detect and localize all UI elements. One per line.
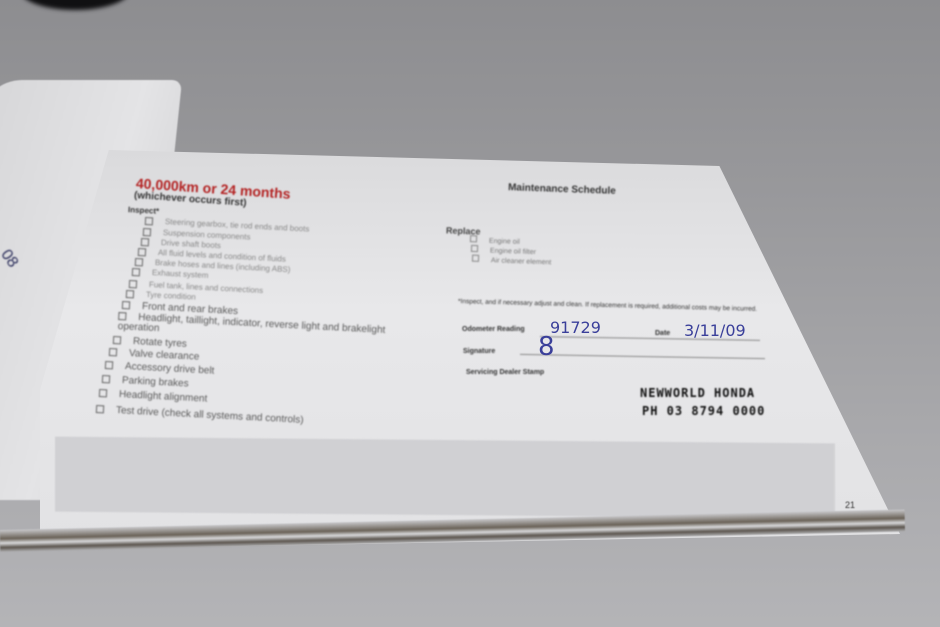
- inspect-item-label: Accessory drive belt: [125, 361, 215, 377]
- checkbox-icon: [471, 245, 478, 252]
- checkbox-icon: [105, 361, 113, 369]
- checkbox-icon: [138, 248, 146, 256]
- inspection-note: *Inspect, and if necessary adjust and cl…: [458, 298, 758, 314]
- signature-value: 8: [538, 332, 555, 362]
- odometer-value: 91729: [550, 318, 601, 337]
- checkbox-icon: [129, 280, 137, 288]
- inspect-item: Test drive (check all systems and contro…: [96, 404, 304, 426]
- checkbox-icon: [135, 258, 143, 266]
- checkbox-icon: [472, 255, 479, 262]
- checkbox-icon: [122, 301, 130, 309]
- checkbox-icon: [102, 375, 110, 383]
- checkbox-icon: [143, 228, 151, 236]
- checkbox-icon: [118, 312, 126, 320]
- service-checklist: 40,000km or 24 months (whichever occurs …: [0, 0, 940, 627]
- date-value: 3/11/09: [684, 321, 746, 340]
- signature-line: [520, 354, 765, 359]
- dealer-stamp-line2: PH 03 8794 0000: [642, 404, 765, 418]
- inspect-item: Parking brakes: [102, 374, 189, 390]
- checkbox-icon: [99, 389, 107, 397]
- signature-label: Signature: [463, 348, 495, 355]
- replace-item: Air cleaner element: [472, 255, 552, 267]
- inspect-item-label: Valve clearance: [129, 348, 200, 363]
- page-number: 21: [845, 500, 855, 510]
- checkbox-icon: [145, 217, 153, 225]
- inspect-item-label: Test drive (check all systems and contro…: [116, 405, 304, 426]
- checkbox-icon: [126, 290, 134, 298]
- dealer-stamp-line1: NEWWORLD HONDA: [640, 386, 755, 400]
- checkbox-icon: [113, 336, 121, 344]
- odometer-label: Odometer Reading: [462, 326, 525, 333]
- schedule-title: Maintenance Schedule: [508, 182, 616, 197]
- inspect-item-label: Headlight alignment: [119, 389, 208, 405]
- inspect-item-label: Parking brakes: [122, 375, 189, 389]
- checkbox-icon: [96, 405, 104, 413]
- inspect-item-label: Headlight, taillight, indicator, reverse…: [117, 312, 385, 336]
- inspect-item-label: Exhaust system: [152, 268, 209, 280]
- checkbox-icon: [109, 348, 117, 356]
- checkbox-icon: [470, 235, 477, 242]
- inspect-item: Headlight alignment: [99, 388, 208, 405]
- stamp-label: Servicing Dealer Stamp: [466, 369, 544, 376]
- inspect-label: Inspect*: [128, 205, 160, 216]
- checkbox-icon: [132, 268, 140, 276]
- replace-item-label: Air cleaner element: [491, 257, 552, 266]
- inspect-item-label: Tyre condition: [146, 290, 196, 302]
- date-label: Date: [655, 330, 670, 337]
- checkbox-icon: [141, 238, 149, 246]
- replace-item-label: Engine oil: [489, 238, 520, 246]
